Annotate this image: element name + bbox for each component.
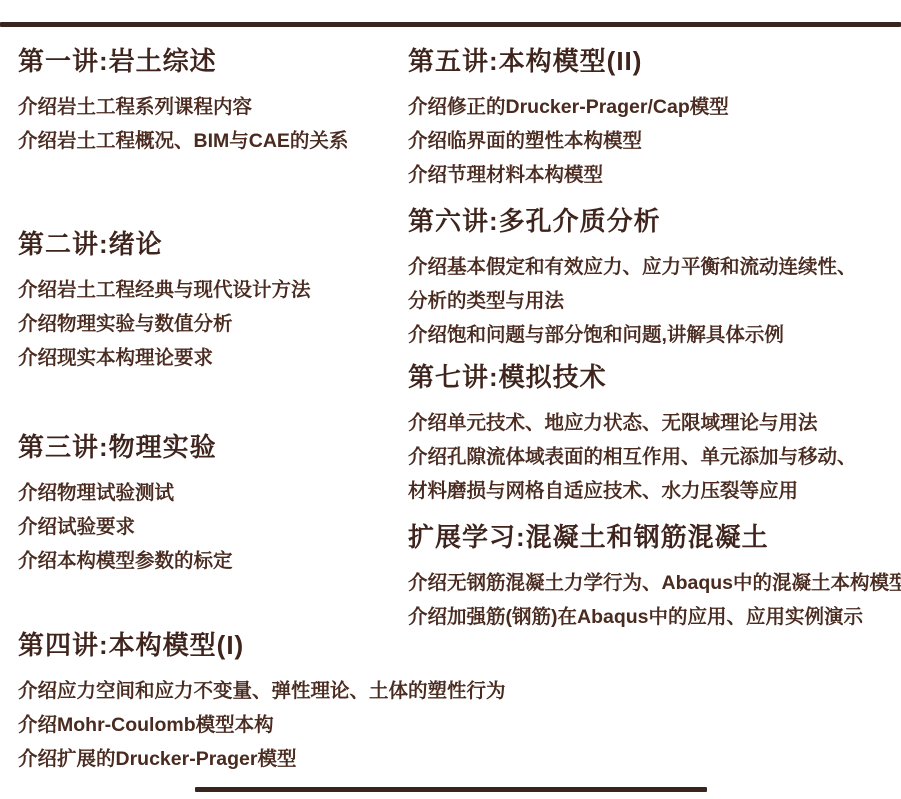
lecture-1-line-1: 介绍岩土工程系列课程内容 bbox=[18, 90, 408, 124]
lecture-3-section: 第三讲:物理实验 介绍物理试验测试 介绍试验要求 介绍本构模型参数的标定 bbox=[18, 430, 408, 578]
lecture-7-line-1: 介绍单元技术、地应力状态、无限域理论与用法 bbox=[408, 406, 901, 440]
lecture-4-line-2: 介绍Mohr-Coulomb模型本构 bbox=[18, 708, 408, 742]
lecture-1-line-2: 介绍岩土工程概况、BIM与CAE的关系 bbox=[18, 124, 408, 158]
lecture-6-line-3: 介绍饱和问题与部分饱和问题,讲解具体示例 bbox=[408, 318, 901, 352]
extended-learning-line-2: 介绍加强筋(钢筋)在Abaqus中的应用、应用实例演示 bbox=[408, 600, 901, 634]
lecture-2-line-2: 介绍物理实验与数值分析 bbox=[18, 307, 408, 341]
lecture-4-section: 第四讲:本构模型(I) 介绍应力空间和应力不变量、弹性理论、土体的塑性行为 介绍… bbox=[18, 628, 408, 776]
lecture-4-title: 第四讲:本构模型(I) bbox=[18, 628, 408, 662]
lecture-1-title: 第一讲:岩土综述 bbox=[18, 44, 408, 78]
lecture-6-line-2: 分析的类型与用法 bbox=[408, 284, 901, 318]
lecture-2-line-1: 介绍岩土工程经典与现代设计方法 bbox=[18, 273, 408, 307]
extended-learning-section: 扩展学习:混凝土和钢筋混凝土 介绍无钢筋混凝土力学行为、Abaqus中的混凝土本… bbox=[408, 520, 901, 634]
lecture-4-line-1: 介绍应力空间和应力不变量、弹性理论、土体的塑性行为 bbox=[18, 674, 408, 708]
bottom-rule bbox=[195, 787, 707, 792]
lecture-2-section: 第二讲:绪论 介绍岩土工程经典与现代设计方法 介绍物理实验与数值分析 介绍现实本… bbox=[18, 227, 408, 375]
syllabus-page: 第一讲:岩土综述 介绍岩土工程系列课程内容 介绍岩土工程概况、BIM与CAE的关… bbox=[0, 0, 901, 799]
lecture-2-line-3: 介绍现实本构理论要求 bbox=[18, 341, 408, 375]
lecture-5-line-2: 介绍临界面的塑性本构模型 bbox=[408, 124, 901, 158]
lecture-3-title: 第三讲:物理实验 bbox=[18, 430, 408, 464]
lecture-6-section: 第六讲:多孔介质分析 介绍基本假定和有效应力、应力平衡和流动连续性、 分析的类型… bbox=[408, 204, 901, 352]
lecture-3-line-2: 介绍试验要求 bbox=[18, 510, 408, 544]
lecture-5-line-3: 介绍节理材料本构模型 bbox=[408, 158, 901, 192]
lecture-6-title: 第六讲:多孔介质分析 bbox=[408, 204, 901, 238]
extended-learning-title: 扩展学习:混凝土和钢筋混凝土 bbox=[408, 520, 901, 554]
lecture-1-section: 第一讲:岩土综述 介绍岩土工程系列课程内容 介绍岩土工程概况、BIM与CAE的关… bbox=[18, 44, 408, 158]
lecture-7-line-3: 材料磨损与网格自适应技术、水力压裂等应用 bbox=[408, 474, 901, 508]
lecture-4-line-3: 介绍扩展的Drucker-Prager模型 bbox=[18, 742, 408, 776]
top-rule bbox=[0, 22, 901, 27]
lecture-5-line-1: 介绍修正的Drucker-Prager/Cap模型 bbox=[408, 90, 901, 124]
lecture-3-line-3: 介绍本构模型参数的标定 bbox=[18, 544, 408, 578]
lecture-7-line-2: 介绍孔隙流体域表面的相互作用、单元添加与移动、 bbox=[408, 440, 901, 474]
lecture-7-title: 第七讲:模拟技术 bbox=[408, 360, 901, 394]
lecture-5-title: 第五讲:本构模型(II) bbox=[408, 44, 901, 78]
lecture-5-section: 第五讲:本构模型(II) 介绍修正的Drucker-Prager/Cap模型 介… bbox=[408, 44, 901, 192]
lecture-2-title: 第二讲:绪论 bbox=[18, 227, 408, 261]
lecture-6-line-1: 介绍基本假定和有效应力、应力平衡和流动连续性、 bbox=[408, 250, 901, 284]
lecture-7-section: 第七讲:模拟技术 介绍单元技术、地应力状态、无限域理论与用法 介绍孔隙流体域表面… bbox=[408, 360, 901, 508]
lecture-3-line-1: 介绍物理试验测试 bbox=[18, 476, 408, 510]
extended-learning-line-1: 介绍无钢筋混凝土力学行为、Abaqus中的混凝土本构模型 bbox=[408, 566, 901, 600]
